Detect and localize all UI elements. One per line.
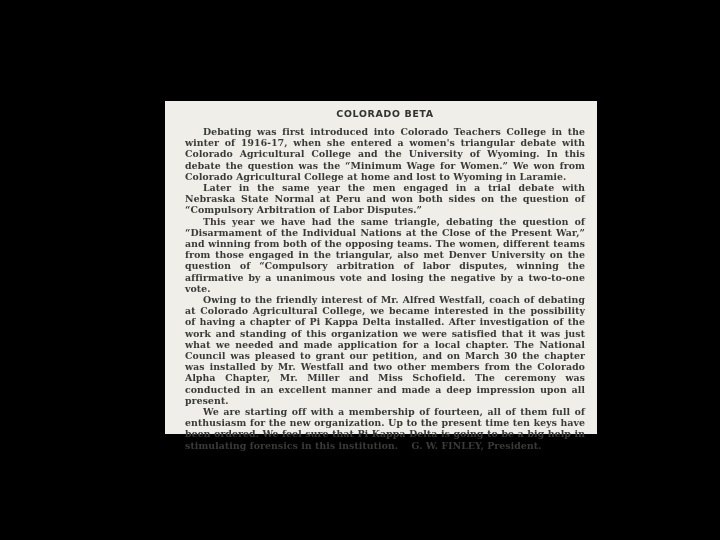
- article-heading: COLORADO BETA: [185, 109, 585, 120]
- signature: G. W. FINLEY, President.: [411, 441, 541, 452]
- paragraph-2: Later in the same year the men engaged i…: [185, 183, 585, 217]
- paragraph-4: Owing to the friendly interest of Mr. Al…: [185, 295, 585, 407]
- paragraph-5: We are starting off with a membership of…: [185, 407, 585, 452]
- slide-background: COLORADO BETA Debating was first introdu…: [0, 0, 720, 540]
- paragraph-1: Debating was first introduced into Color…: [185, 127, 585, 183]
- paragraph-3: This year we have had the same triangle,…: [185, 217, 585, 295]
- newspaper-clipping: COLORADO BETA Debating was first introdu…: [165, 101, 597, 434]
